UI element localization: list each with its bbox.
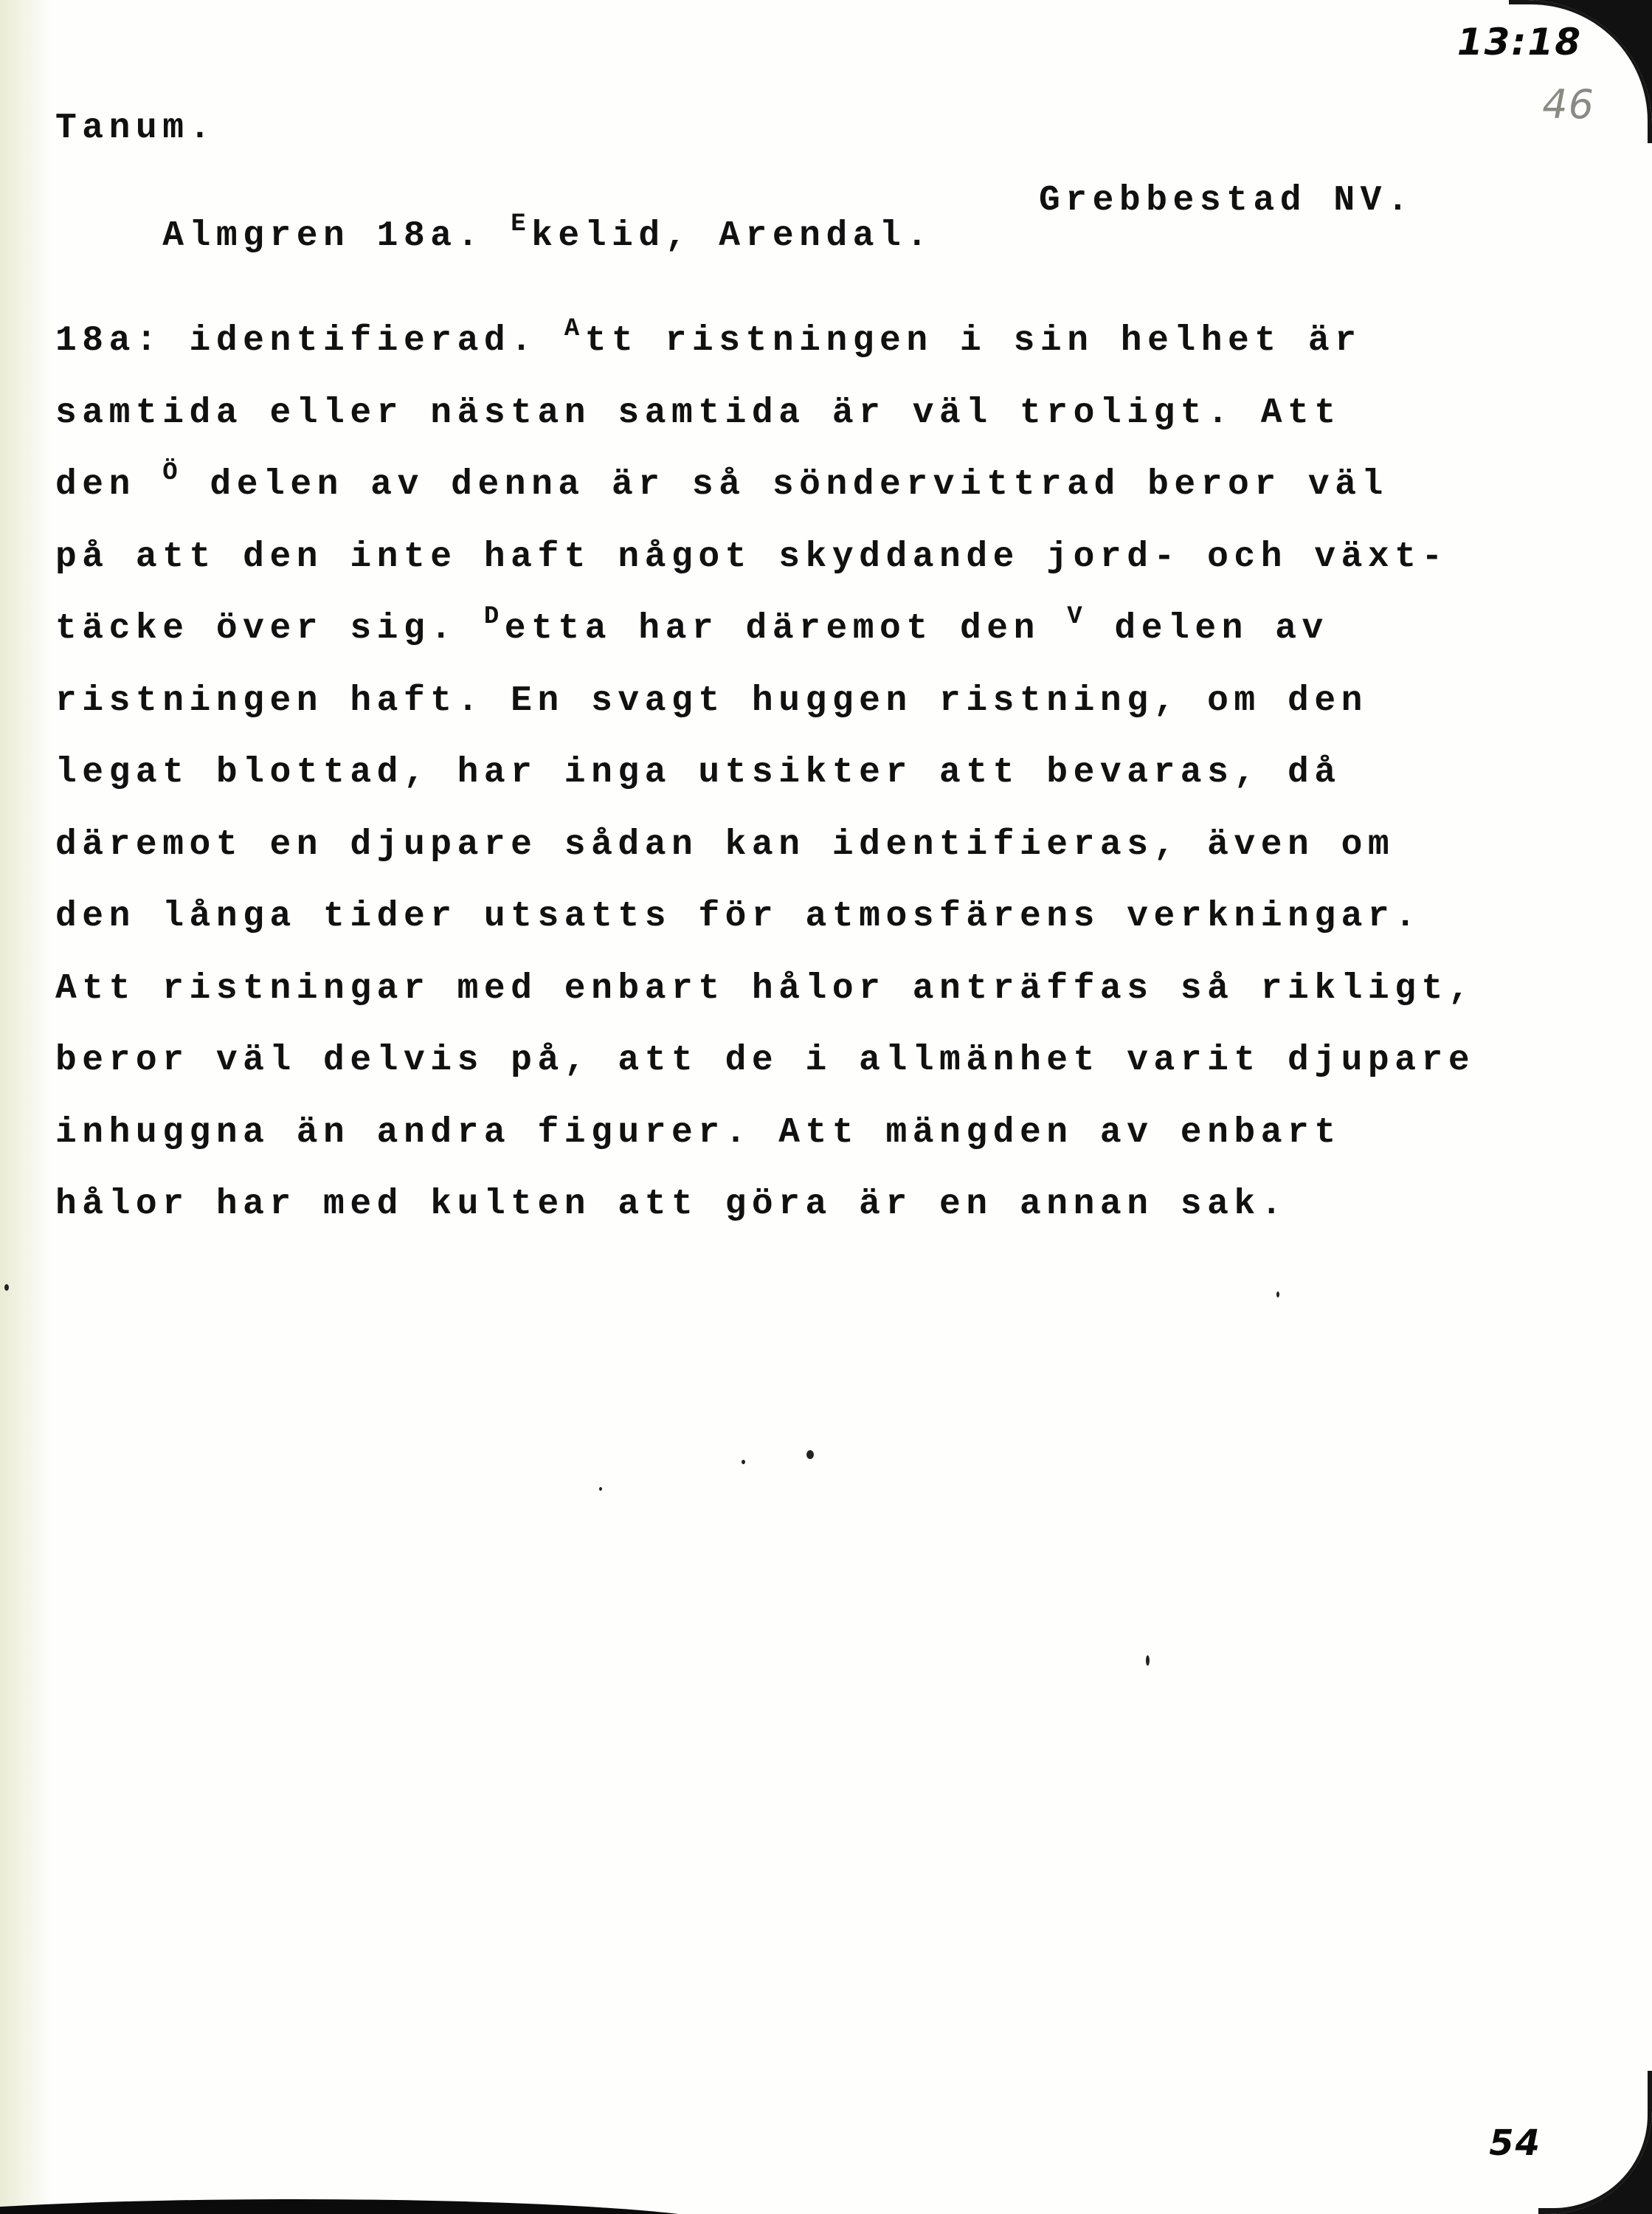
text-segment: ristningen haft. En svagt huggen ristnin… bbox=[55, 681, 1368, 721]
text-line: hålor har med kulten att göra är en anna… bbox=[55, 1187, 1288, 1222]
location-name: kelid, Arendal. bbox=[531, 216, 933, 256]
text-line: samtida eller nästan samtida är väl trol… bbox=[55, 396, 1341, 431]
text-segment: den bbox=[55, 465, 162, 505]
area-label: Grebbestad NV. bbox=[1039, 183, 1414, 218]
text-segment: legat blottad, har inga utsikter att bev… bbox=[55, 753, 1341, 793]
text-segment: samtida eller nästan samtida är väl trol… bbox=[55, 393, 1341, 433]
text-segment: på att den inte haft något skyddande jor… bbox=[55, 537, 1448, 577]
text-line: täcke över sig. Detta har däremot den V … bbox=[55, 611, 1329, 646]
paper-speck bbox=[806, 1450, 814, 1459]
paper-speck bbox=[1146, 1655, 1150, 1666]
place-heading: Tanum. bbox=[55, 111, 216, 146]
paper-speck bbox=[4, 1284, 9, 1291]
text-line: den långa tider utsatts för atmosfärens … bbox=[55, 899, 1422, 934]
text-segment: täcke över sig. bbox=[55, 609, 484, 649]
text-segment: däremot en djupare sådan kan identifiera… bbox=[55, 825, 1394, 865]
paper-speck bbox=[599, 1487, 602, 1491]
archive-card: 13:18 46 Tanum. Almgren 18a. Ekelid, Are… bbox=[0, 0, 1652, 2214]
catalog-line: Almgren 18a. Ekelid, Arendal. bbox=[55, 183, 933, 289]
text-line: beror väl delvis på, att de i allmänhet … bbox=[55, 1043, 1475, 1078]
location-initial: E bbox=[511, 210, 531, 238]
text-line: inhuggna än andra figurer. Att mängden a… bbox=[55, 1115, 1341, 1151]
pencil-note: 46 bbox=[1542, 85, 1594, 125]
card-corner-bottom-right bbox=[1538, 2071, 1652, 2214]
text-segment: delen av bbox=[1088, 609, 1329, 649]
text-segment: tt ristningen i sin helhet är bbox=[585, 321, 1362, 361]
text-segment: hålor har med kulten att göra är en anna… bbox=[55, 1184, 1288, 1224]
text-line: den Ö delen av denna är så söndervittrad… bbox=[55, 467, 1389, 503]
text-segment: den långa tider utsatts för atmosfärens … bbox=[55, 897, 1422, 937]
catalog-ref: Almgren 18a. bbox=[162, 216, 484, 256]
text-segment: delen av denna är så söndervittrad beror… bbox=[183, 465, 1389, 505]
text-segment: 18a: identifierad. bbox=[55, 321, 564, 361]
superscript-letter: Ö bbox=[162, 459, 183, 487]
superscript-letter: A bbox=[564, 315, 585, 343]
text-line: legat blottad, har inga utsikter att bev… bbox=[55, 755, 1341, 790]
reference-number: 13:18 bbox=[1457, 24, 1582, 61]
superscript-letter: V bbox=[1067, 603, 1088, 631]
text-segment: etta har däremot den bbox=[505, 609, 1067, 649]
text-segment: Att ristningar med enbart hålor anträffa… bbox=[55, 969, 1475, 1009]
text-line: på att den inte haft något skyddande jor… bbox=[55, 539, 1448, 575]
text-line: 18a: identifierad. Att ristningen i sin … bbox=[55, 323, 1362, 359]
text-line: Att ristningar med enbart hålor anträffa… bbox=[55, 971, 1475, 1007]
superscript-letter: D bbox=[484, 603, 505, 631]
text-segment: beror väl delvis på, att de i allmänhet … bbox=[55, 1041, 1475, 1080]
paper-speck bbox=[742, 1460, 745, 1464]
text-line: däremot en djupare sådan kan identifiera… bbox=[55, 827, 1394, 863]
text-segment: inhuggna än andra figurer. Att mängden a… bbox=[55, 1113, 1341, 1153]
page-number: 54 bbox=[1489, 2125, 1541, 2161]
text-line: ristningen haft. En svagt huggen ristnin… bbox=[55, 683, 1368, 719]
paper-speck bbox=[1276, 1291, 1279, 1297]
